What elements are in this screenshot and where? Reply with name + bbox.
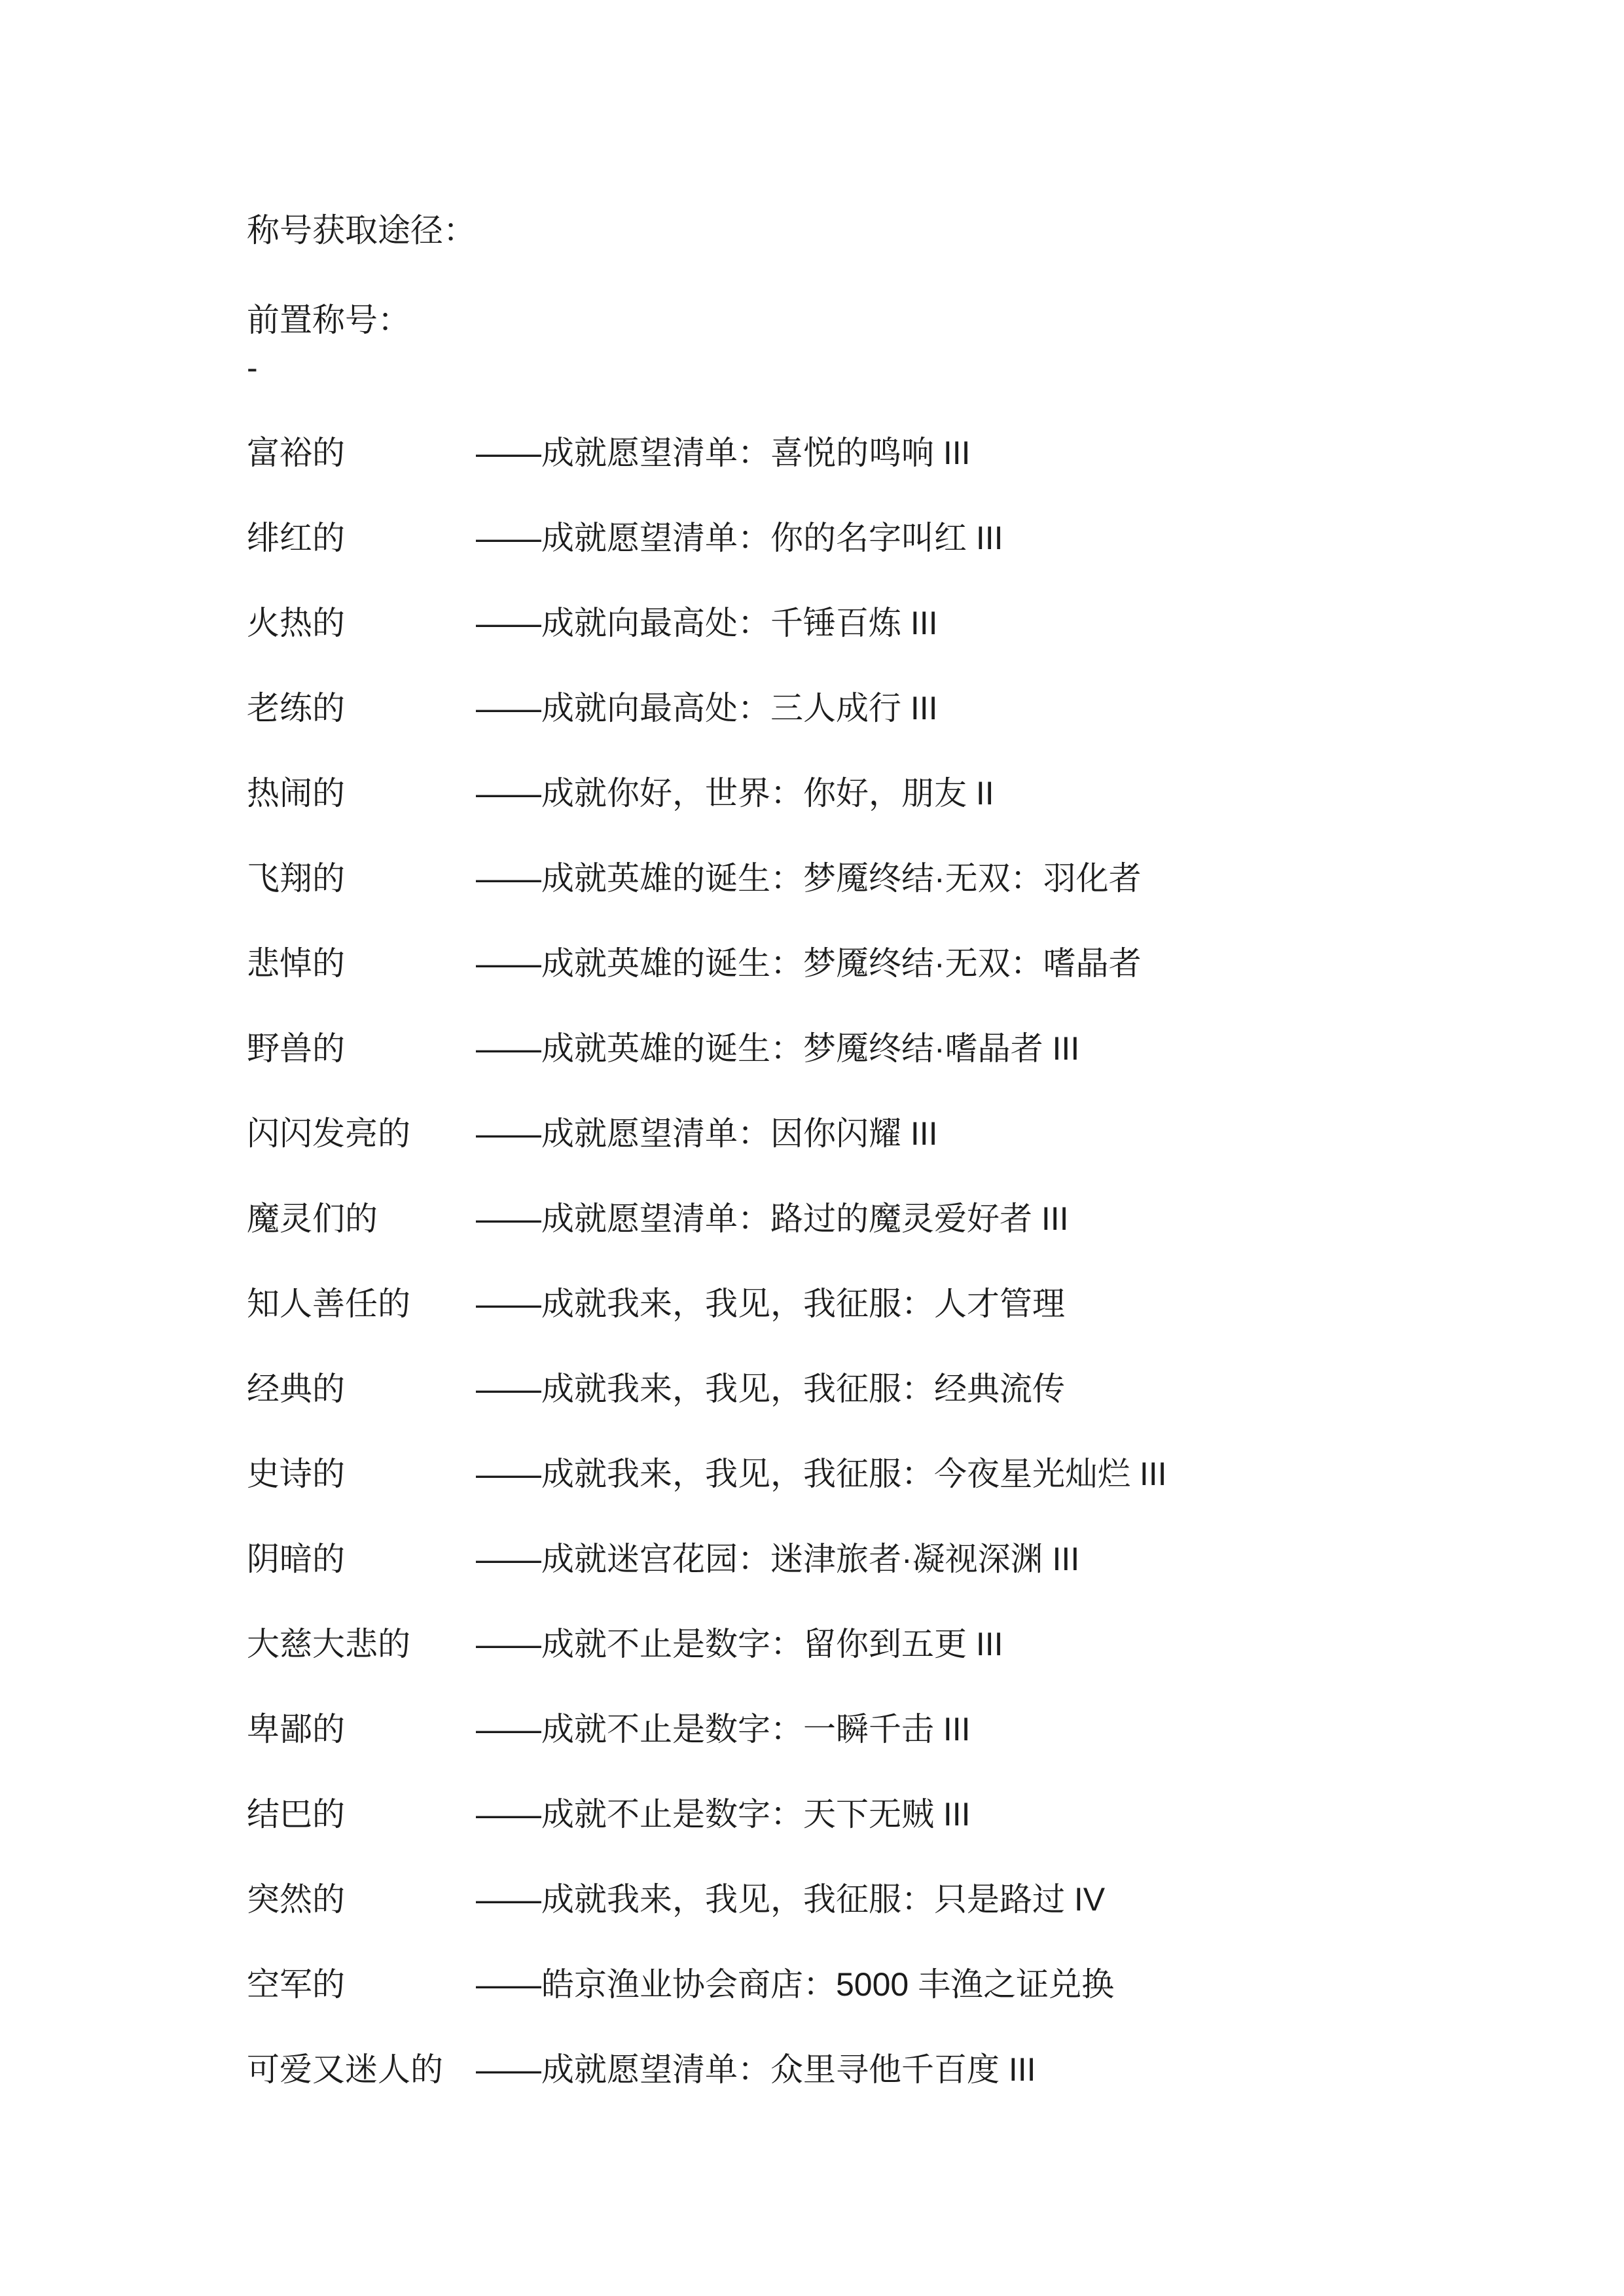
- title-name: 阴暗的: [247, 1535, 476, 1583]
- title-source: ——成就英雄的诞生：梦魇终结·无双：羽化者: [476, 855, 1545, 903]
- page-title: 称号获取途径：: [247, 207, 1545, 255]
- title-name: 飞翔的: [247, 855, 476, 903]
- title-name: 空军的: [247, 1961, 476, 2009]
- title-row: 结巴的 ——成就不止是数字：天下无贼 III: [247, 1791, 1545, 1839]
- title-row: 绯红的 ——成就愿望清单：你的名字叫红 III: [247, 514, 1545, 562]
- title-source: ——成就不止是数字：留你到五更 III: [476, 1621, 1545, 1668]
- title-name: 火热的: [247, 600, 476, 647]
- title-source: ——成就我来，我见，我征服：只是路过 IV: [476, 1876, 1545, 1924]
- title-name: 可爱又迷人的: [247, 2046, 476, 2094]
- title-row: 知人善任的 ——成就我来，我见，我征服：人才管理: [247, 1280, 1545, 1328]
- title-row: 卑鄙的 ——成就不止是数字：一瞬千击 III: [247, 1706, 1545, 1753]
- title-row: 富裕的 ——成就愿望清单：喜悦的鸣响 III: [247, 429, 1545, 477]
- title-name: 富裕的: [247, 429, 476, 477]
- title-name: 绯红的: [247, 514, 476, 562]
- title-row: 突然的 ——成就我来，我见，我征服：只是路过 IV: [247, 1876, 1545, 1924]
- title-source: ——成就你好，世界：你好，朋友 II: [476, 770, 1545, 817]
- title-source: ——成就迷宫花园：迷津旅者·凝视深渊 III: [476, 1535, 1545, 1583]
- title-source: ——成就不止是数字：一瞬千击 III: [476, 1706, 1545, 1753]
- title-list: 富裕的 ——成就愿望清单：喜悦的鸣响 III 绯红的 ——成就愿望清单：你的名字…: [247, 429, 1545, 2094]
- title-name: 老练的: [247, 685, 476, 732]
- title-source: ——成就愿望清单：你的名字叫红 III: [476, 514, 1545, 562]
- title-source: ——成就愿望清单：众里寻他千百度 III: [476, 2046, 1545, 2094]
- title-name: 史诗的: [247, 1450, 476, 1498]
- title-row: 史诗的 ——成就我来，我见，我征服：今夜星光灿烂 III: [247, 1450, 1545, 1498]
- title-source: ——成就英雄的诞生：梦魇终结·无双：嗜晶者: [476, 940, 1545, 988]
- title-name: 知人善任的: [247, 1280, 476, 1328]
- title-source: ——成就愿望清单：喜悦的鸣响 III: [476, 429, 1545, 477]
- title-name: 结巴的: [247, 1791, 476, 1839]
- title-name: 大慈大悲的: [247, 1621, 476, 1668]
- title-name: 经典的: [247, 1365, 476, 1413]
- title-row: 飞翔的 ——成就英雄的诞生：梦魇终结·无双：羽化者: [247, 855, 1545, 903]
- title-row: 经典的 ——成就我来，我见，我征服：经典流传: [247, 1365, 1545, 1413]
- title-row: 老练的 ——成就向最高处：三人成行 III: [247, 685, 1545, 732]
- title-source: ——成就向最高处：千锤百炼 III: [476, 600, 1545, 647]
- title-row: 火热的 ——成就向最高处：千锤百炼 III: [247, 600, 1545, 647]
- title-name: 闪闪发亮的: [247, 1110, 476, 1158]
- title-source: ——成就我来，我见，我征服：经典流传: [476, 1365, 1545, 1413]
- title-name: 突然的: [247, 1876, 476, 1924]
- title-source: ——成就英雄的诞生：梦魇终结·嗜晶者 III: [476, 1025, 1545, 1073]
- title-source: ——皓京渔业协会商店：5000 丰渔之证兑换: [476, 1961, 1545, 2009]
- title-source: ——成就向最高处：三人成行 III: [476, 685, 1545, 732]
- title-source: ——成就不止是数字：天下无贼 III: [476, 1791, 1545, 1839]
- title-row: 大慈大悲的 ——成就不止是数字：留你到五更 III: [247, 1621, 1545, 1668]
- document-page: { "page": { "background": "#ffffff", "te…: [0, 0, 1624, 2296]
- section-heading-block: 前置称号： -: [247, 296, 1545, 392]
- title-name: 卑鄙的: [247, 1706, 476, 1753]
- title-source: ——成就愿望清单：因你闪耀 III: [476, 1110, 1545, 1158]
- title-row: 闪闪发亮的 ——成就愿望清单：因你闪耀 III: [247, 1110, 1545, 1158]
- title-name: 热闹的: [247, 770, 476, 817]
- title-row: 魔灵们的 ——成就愿望清单：路过的魔灵爱好者 III: [247, 1195, 1545, 1243]
- title-row: 空军的 ——皓京渔业协会商店：5000 丰渔之证兑换: [247, 1961, 1545, 2009]
- title-name: 悲悼的: [247, 940, 476, 988]
- title-source: ——成就我来，我见，我征服：今夜星光灿烂 III: [476, 1450, 1545, 1498]
- title-row: 热闹的 ——成就你好，世界：你好，朋友 II: [247, 770, 1545, 817]
- title-name: 魔灵们的: [247, 1195, 476, 1243]
- title-name: 野兽的: [247, 1025, 476, 1073]
- title-row: 阴暗的 ——成就迷宫花园：迷津旅者·凝视深渊 III: [247, 1535, 1545, 1583]
- section-divider: -: [247, 344, 1545, 392]
- section-heading: 前置称号：: [247, 296, 1545, 344]
- title-row: 悲悼的 ——成就英雄的诞生：梦魇终结·无双：嗜晶者: [247, 940, 1545, 988]
- title-row: 可爱又迷人的 ——成就愿望清单：众里寻他千百度 III: [247, 2046, 1545, 2094]
- title-row: 野兽的 ——成就英雄的诞生：梦魇终结·嗜晶者 III: [247, 1025, 1545, 1073]
- title-source: ——成就愿望清单：路过的魔灵爱好者 III: [476, 1195, 1545, 1243]
- title-source: ——成就我来，我见，我征服：人才管理: [476, 1280, 1545, 1328]
